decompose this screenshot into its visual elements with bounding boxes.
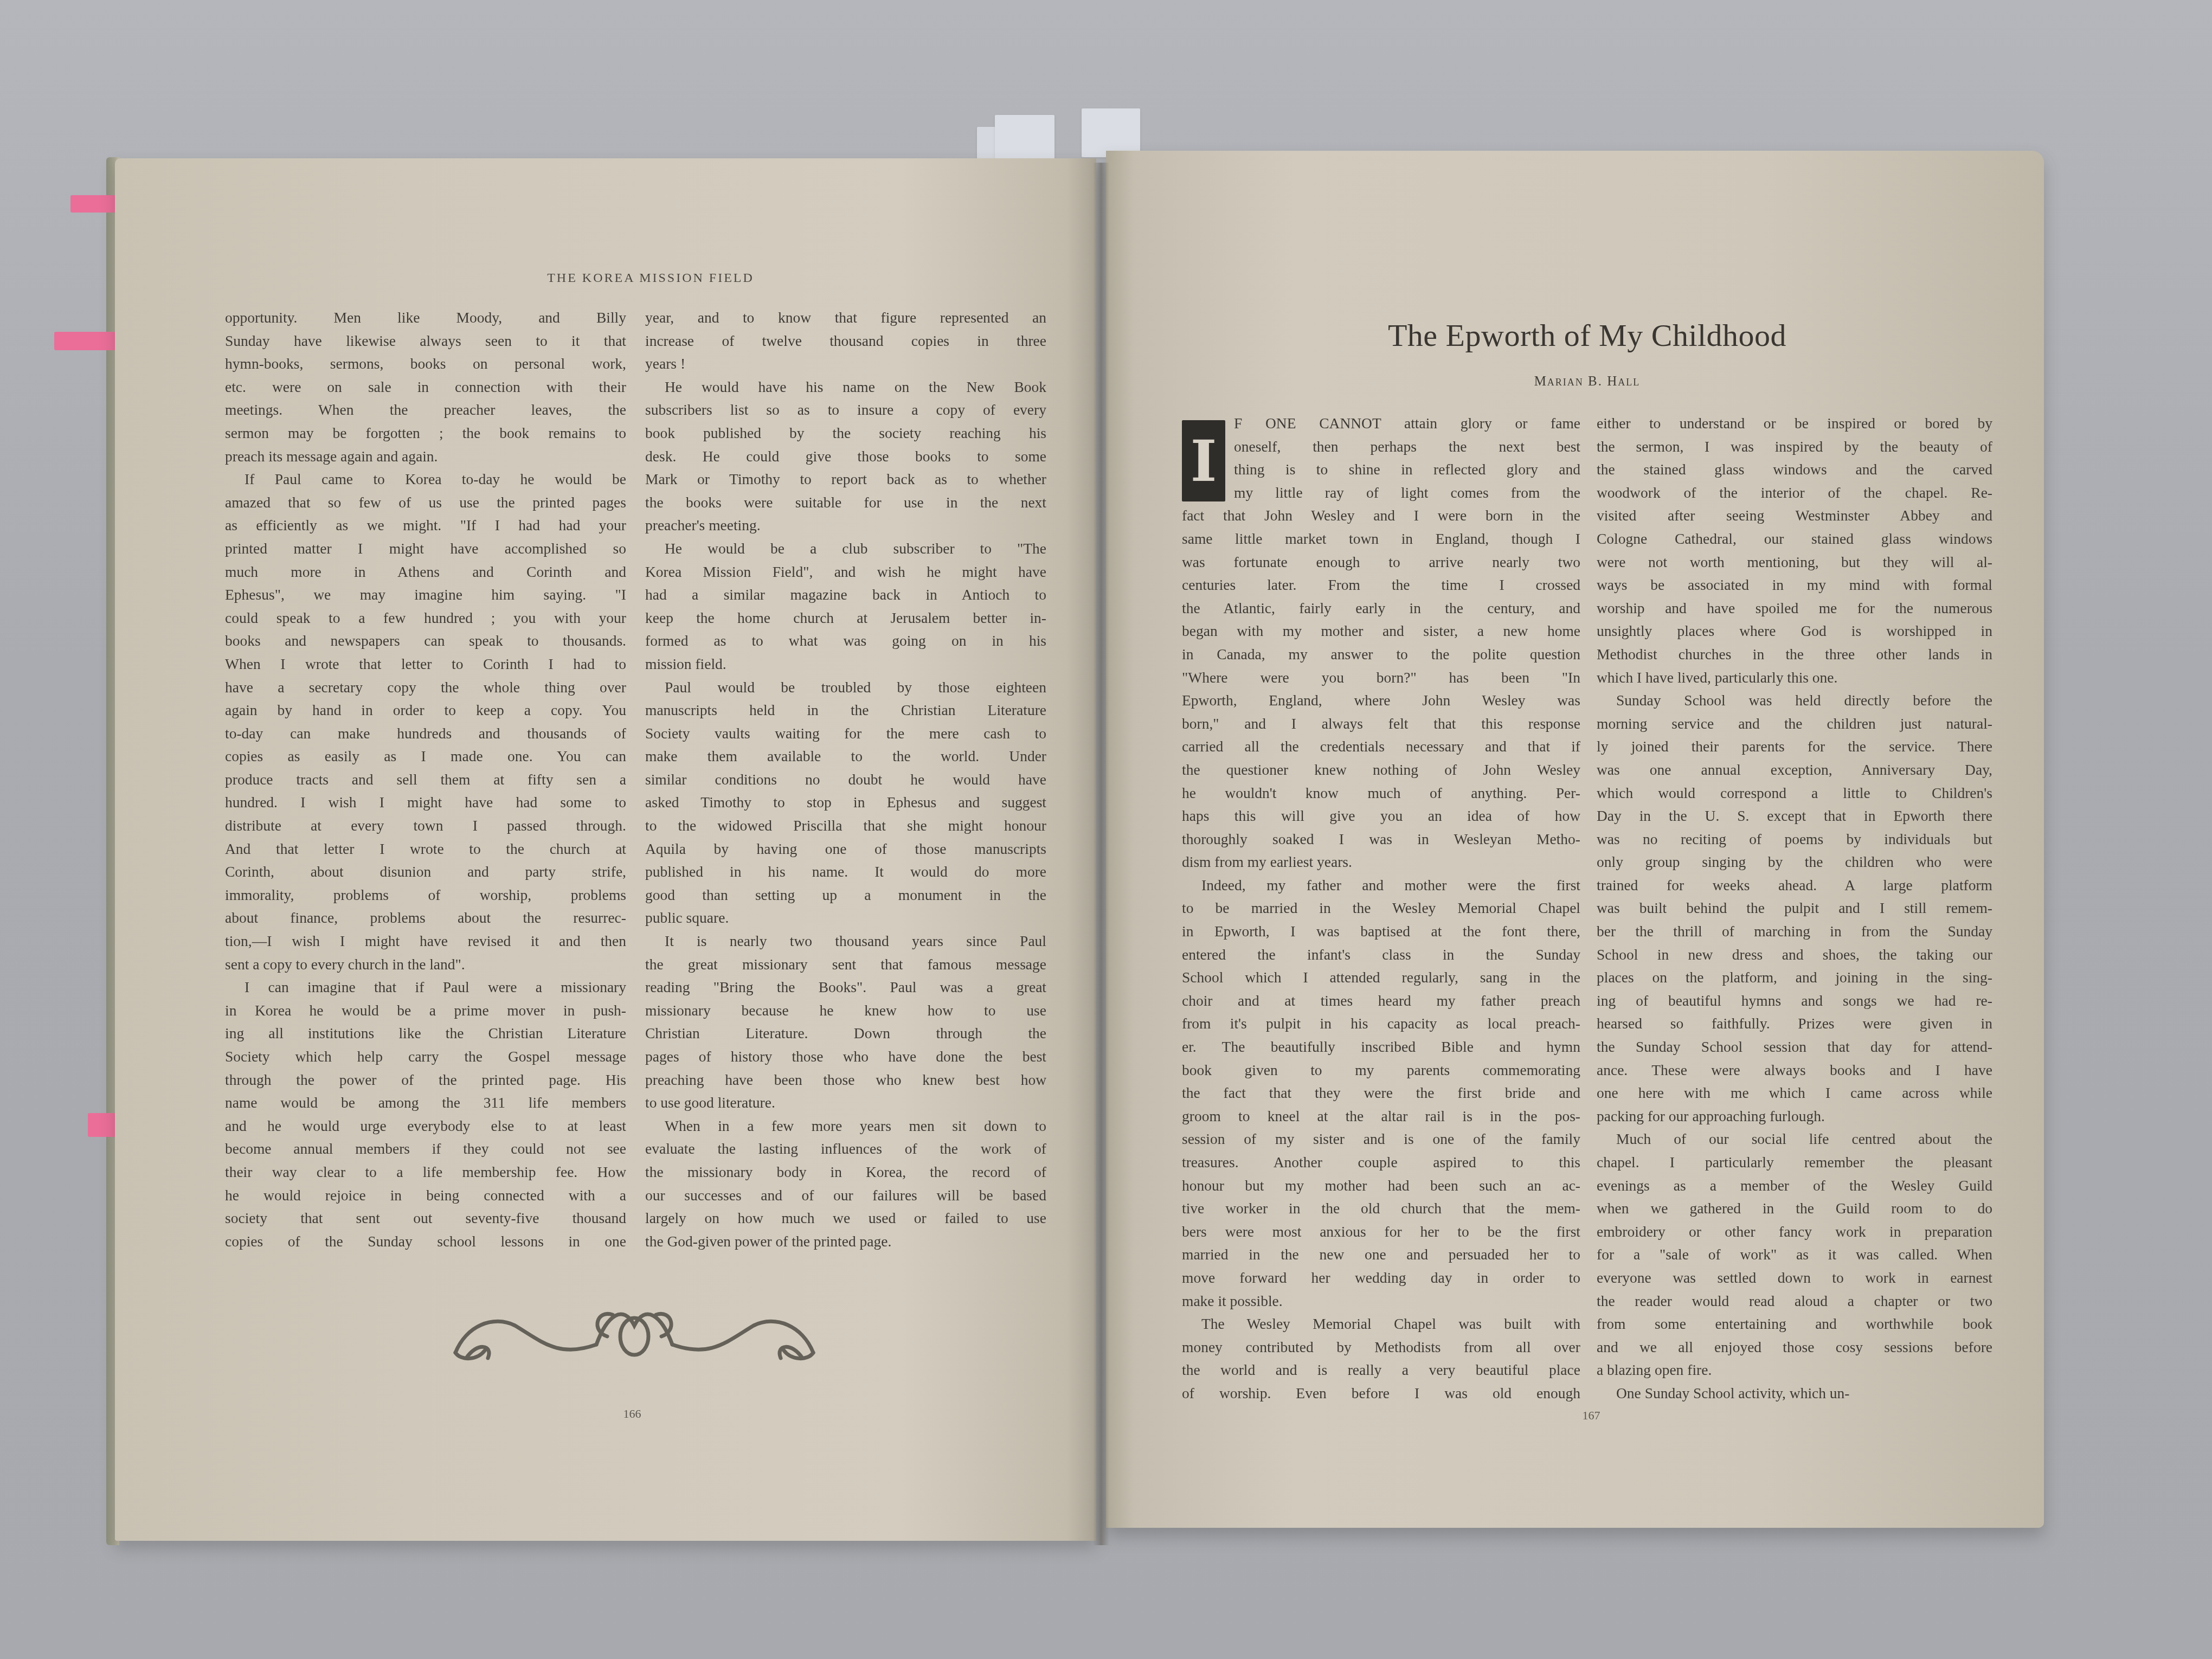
- paper-flag: [1082, 108, 1140, 157]
- text-line: the stained glass windows and the carved: [1597, 458, 1992, 481]
- text-line: was no reciting of poems by individuals …: [1597, 828, 1992, 851]
- text-line: amazed that so few of us use the printed…: [225, 491, 626, 515]
- text-line: one here with me which I came across whi…: [1597, 1082, 1992, 1105]
- text-line: If Paul came to Korea to-day he would be: [225, 468, 626, 491]
- text-line: I can imagine that if Paul were a missio…: [225, 976, 626, 999]
- text-line: good than setting up a monument in the: [645, 884, 1046, 907]
- text-line: published in his name. It would do more: [645, 860, 1046, 884]
- text-line: Sunday have likewise always seen to it t…: [225, 330, 626, 353]
- text-line: ance. These were always books and I have: [1597, 1059, 1992, 1082]
- pink-page-tab[interactable]: [70, 195, 116, 213]
- text-line: He would have his name on the New Book: [645, 376, 1046, 399]
- text-line: sent a copy to every church in the land"…: [225, 953, 626, 976]
- text-line: was fortunate enough to arrive nearly tw…: [1182, 551, 1580, 574]
- text-line: had a similar magazine back in Antioch t…: [645, 583, 1046, 607]
- text-line: Indeed, my father and mother were the fi…: [1182, 874, 1580, 897]
- text-line: for a "sale of work" as it was called. W…: [1597, 1243, 1992, 1266]
- text-line: thoroughly soaked I was in Wesleyan Meth…: [1182, 828, 1580, 851]
- text-line: morning service and the children just na…: [1597, 712, 1992, 736]
- paper-flag: [995, 115, 1054, 161]
- text-line: woodwork of the interior of the chapel. …: [1597, 481, 1992, 505]
- text-line: opportunity. Men like Moody, and Billy: [225, 306, 626, 330]
- text-line: ing of beautiful hymns and songs we had …: [1597, 989, 1992, 1013]
- text-line: in Epworth, I was baptised at the font t…: [1182, 920, 1580, 943]
- text-line: evenings as a member of the Wesley Guild: [1597, 1174, 1992, 1198]
- text-line: he would rejoice in being connected with…: [225, 1184, 626, 1207]
- text-line: born," and I always felt that this respo…: [1182, 712, 1580, 736]
- ribbon-bow-ornament-icon: [434, 1293, 835, 1374]
- text-line: to-day can make hundreds and thousands o…: [225, 722, 626, 745]
- text-line: move forward her wedding day in order to: [1182, 1266, 1580, 1290]
- text-line: thing is to shine in reflected glory and: [1182, 458, 1580, 481]
- text-line: Society vaults waiting for the mere cash…: [645, 722, 1046, 745]
- text-line: copies as easily as I made one. You can: [225, 745, 626, 768]
- text-line: when we gathered in the Guild room to do: [1597, 1197, 1992, 1220]
- text-line: tive worker in the old church that the m…: [1182, 1197, 1580, 1220]
- text-line: book published by the society reaching h…: [645, 422, 1046, 445]
- text-line: reading "Bring the Books". Paul was a gr…: [645, 976, 1046, 999]
- text-line: One Sunday School activity, which un-: [1597, 1382, 1992, 1405]
- text-line: to use good literature.: [645, 1091, 1046, 1115]
- text-line: "Where were you born?" has been "In: [1182, 666, 1580, 690]
- text-line: money contributed by Methodists from all…: [1182, 1336, 1580, 1359]
- author-byline: Marian B. Hall: [1182, 374, 1992, 389]
- text-line: as efficiently as we might. "If I had ha…: [225, 514, 626, 537]
- text-line: packing for our approaching furlough.: [1597, 1105, 1992, 1128]
- text-line: through the power of the printed page. H…: [225, 1069, 626, 1092]
- text-line: the Atlantic, fairly early in the centur…: [1182, 597, 1580, 620]
- text-line: began with my mother and sister, a new h…: [1182, 620, 1580, 643]
- text-line: printed matter I might have accomplished…: [225, 537, 626, 561]
- left-page-column-1: opportunity. Men like Moody, and BillySu…: [225, 306, 626, 1253]
- spine-gutter: [1093, 163, 1109, 1545]
- left-page-column-2: year, and to know that figure represente…: [645, 306, 1046, 1253]
- page-number: 167: [1570, 1409, 1613, 1423]
- text-line: similar conditions no doubt he would hav…: [645, 768, 1046, 792]
- text-line: keep the home church at Jerusalem better…: [645, 607, 1046, 630]
- text-line: married in the new one and persuaded her…: [1182, 1243, 1580, 1266]
- text-line: hundred. I wish I might have had some to: [225, 791, 626, 814]
- pink-page-tab[interactable]: [54, 332, 117, 350]
- text-line: a blazing open fire.: [1597, 1359, 1992, 1382]
- text-line: books and newspapers can speak to thousa…: [225, 629, 626, 653]
- text-line: make it possible.: [1182, 1290, 1580, 1313]
- text-line: the world and is really a very beautiful…: [1182, 1359, 1580, 1382]
- text-line: carried all the credentials necessary an…: [1182, 735, 1580, 758]
- text-line: treasures. Another couple aspired to thi…: [1182, 1151, 1580, 1174]
- text-line: society that sent out seventy-five thous…: [225, 1207, 626, 1230]
- text-line: manuscripts held in the Christian Litera…: [645, 699, 1046, 722]
- text-line: in Canada, my answer to the polite quest…: [1182, 643, 1580, 666]
- text-line: years !: [645, 352, 1046, 376]
- text-line: Cologne Cathedral, our stained glass win…: [1597, 528, 1992, 551]
- text-line: er. The beautifully inscribed Bible and …: [1182, 1036, 1580, 1059]
- text-line: desk. He could give those books to some: [645, 445, 1046, 468]
- text-line: distribute at every town I passed throug…: [225, 814, 626, 838]
- text-line: the reader would read aloud a chapter or…: [1597, 1290, 1992, 1313]
- text-line: Korea Mission Field", and wish he might …: [645, 561, 1046, 584]
- text-line: about finance, problems about the resurr…: [225, 906, 626, 930]
- text-line: was one annual exception, Anniversary Da…: [1597, 758, 1992, 782]
- text-line: the God-given power of the printed page.: [645, 1230, 1046, 1253]
- text-line: Paul would be troubled by those eighteen: [645, 676, 1046, 699]
- text-line: have a secretary copy the whole thing ov…: [225, 676, 626, 699]
- text-line: could speak to a few hundred ; you with …: [225, 607, 626, 630]
- text-line: the sermon, I was inspired by the beauty…: [1597, 435, 1992, 459]
- text-line: public square.: [645, 906, 1046, 930]
- text-line: It is nearly two thousand years since Pa…: [645, 930, 1046, 953]
- text-line: etc. were on sale in connection with the…: [225, 376, 626, 399]
- text-line: Corinth, about disunion and party strife…: [225, 860, 626, 884]
- text-line: mission field.: [645, 653, 1046, 676]
- text-line: make them available to the world. Under: [645, 745, 1046, 768]
- text-line: of worship. Even before I was old enough: [1182, 1382, 1580, 1405]
- right-page-column-1: F ONE CANNOT attain glory or fameoneself…: [1182, 412, 1580, 1405]
- text-line: worship and have spoiled me for the nume…: [1597, 597, 1992, 620]
- text-line: ways be associated in my mind with forma…: [1597, 574, 1992, 597]
- text-line: subscribers list so as to insure a copy …: [645, 398, 1046, 422]
- text-line: hearsed so faithfully. Prizes were given…: [1597, 1012, 1992, 1036]
- text-line: immorality, problems of worship, problem…: [225, 884, 626, 907]
- text-line: to the widowed Priscilla that she might …: [645, 814, 1046, 838]
- text-line: same little market town in England, thou…: [1182, 528, 1580, 551]
- text-line: meetings. When the preacher leaves, the: [225, 398, 626, 422]
- text-line: Day in the U. S. except that in Epworth …: [1597, 805, 1992, 828]
- text-line: largely on how much we used or failed to…: [645, 1207, 1046, 1230]
- text-line: groom to kneel at the altar rail is in t…: [1182, 1105, 1580, 1128]
- text-line: unsightly places where God is worshipped…: [1597, 620, 1992, 643]
- text-line: the great missionary sent that famous me…: [645, 953, 1046, 976]
- text-line: trained for weeks ahead. A large platfor…: [1597, 874, 1992, 897]
- text-line: in Korea he would be a prime mover in pu…: [225, 999, 626, 1023]
- text-line: the questioner knew nothing of John Wesl…: [1182, 758, 1580, 782]
- text-line: pages of history those who have done the…: [645, 1045, 1046, 1069]
- text-line: chapel. I particularly remember the plea…: [1597, 1151, 1992, 1174]
- text-line: bers were most anxious for her to be the…: [1182, 1220, 1580, 1244]
- text-line: from it's pulpit in his capacity as loca…: [1182, 1012, 1580, 1036]
- text-line: When I wrote that letter to Corinth I ha…: [225, 653, 626, 676]
- text-line: dism from my earliest years.: [1182, 851, 1580, 874]
- text-line: copies of the Sunday school lessons in o…: [225, 1230, 626, 1253]
- text-line: everyone was settled down to work in ear…: [1597, 1266, 1992, 1290]
- text-line: the books were suitable for use in the n…: [645, 491, 1046, 515]
- text-line: places on the platform, and joining in t…: [1597, 966, 1992, 989]
- text-line: our successes and of our failures will b…: [645, 1184, 1046, 1207]
- text-line: entered the infant's class in the Sunday: [1182, 943, 1580, 967]
- text-line: ly joined their parents for the service.…: [1597, 735, 1992, 758]
- text-line: from some entertaining and worthwhile bo…: [1597, 1313, 1992, 1336]
- text-line: hymn-books, sermons, books on personal w…: [225, 352, 626, 376]
- text-line: The Wesley Memorial Chapel was built wit…: [1182, 1313, 1580, 1336]
- text-line: preaching have been those who knew best …: [645, 1069, 1046, 1092]
- text-line: the fact that they were the first bride …: [1182, 1082, 1580, 1105]
- text-line: haps this will give you an idea of how: [1182, 805, 1580, 828]
- text-line: preacher's meeting.: [645, 514, 1046, 537]
- text-line: choir and at times heard my father preac…: [1182, 989, 1580, 1013]
- text-line: session of my sister and is one of the f…: [1182, 1128, 1580, 1151]
- text-line: When in a few more years men sit down to: [645, 1115, 1046, 1138]
- text-line: increase of twelve thousand copies in th…: [645, 330, 1046, 353]
- text-line: preach its message again and again.: [225, 445, 626, 468]
- text-line: Ephesus", we may imagine him saying. "I: [225, 583, 626, 607]
- text-line: missionary because he knew how to use: [645, 999, 1046, 1023]
- page-number: 166: [610, 1407, 654, 1421]
- text-line: book given to my parents commemorating: [1182, 1059, 1580, 1082]
- running-head: THE KOREA MISSION FIELD: [477, 271, 824, 286]
- text-line: much more in Athens and Corinth and: [225, 561, 626, 584]
- text-line: fact that John Wesley and I were born in…: [1182, 504, 1580, 528]
- text-line: Methodist churches in the three other la…: [1597, 643, 1992, 666]
- text-line: Much of our social life centred about th…: [1597, 1128, 1992, 1151]
- pink-page-tab[interactable]: [88, 1113, 117, 1137]
- text-line: F ONE CANNOT attain glory or fame: [1182, 412, 1580, 435]
- text-line: Society which help carry the Gospel mess…: [225, 1045, 626, 1069]
- text-line: and we all enjoyed those cosy sessions b…: [1597, 1336, 1992, 1359]
- text-line: again by hand in order to keep a copy. Y…: [225, 699, 626, 722]
- text-line: centuries later. From the time I crossed: [1182, 574, 1580, 597]
- text-line: Aquila by having one of those manuscript…: [645, 838, 1046, 861]
- text-line: name would be among the 311 life members: [225, 1091, 626, 1115]
- text-line: were not worth mentioning, but they will…: [1597, 551, 1992, 574]
- text-line: asked Timothy to stop in Ephesus and sug…: [645, 791, 1046, 814]
- drop-cap-lines: F ONE CANNOT attain glory or fameoneself…: [1182, 412, 1580, 504]
- text-line: Christian Literature. Down through the: [645, 1022, 1046, 1045]
- right-page-column-2: either to understand or be inspired or b…: [1597, 412, 1992, 1405]
- text-line: embroidery or other fancy work in prepar…: [1597, 1220, 1992, 1244]
- text-line: become annual members if they could not …: [225, 1137, 626, 1161]
- text-line: honour but my mother had been such an ac…: [1182, 1174, 1580, 1198]
- text-line: He would be a club subscriber to "The: [645, 537, 1046, 561]
- text-line: the Sunday School session that day for a…: [1597, 1036, 1992, 1059]
- text-line: sermon may be forgotten ; the book remai…: [225, 422, 626, 445]
- text-line: their way clear to a life membership fee…: [225, 1161, 626, 1184]
- text-line: Epworth, England, where John Wesley was: [1182, 689, 1580, 712]
- text-line: visited after seeing Westminster Abbey a…: [1597, 504, 1992, 528]
- article-title: The Epworth of My Childhood: [1182, 317, 1992, 353]
- open-magazine: THE KOREA MISSION FIELD opportunity. Men…: [0, 0, 2212, 1659]
- text-line: to be married in the Wesley Memorial Cha…: [1182, 897, 1580, 920]
- text-line: ing all institutions like the Christian …: [225, 1022, 626, 1045]
- text-line: which would correspond a little to Child…: [1597, 782, 1992, 805]
- text-line: my little ray of light comes from the: [1182, 481, 1580, 505]
- text-line: And that letter I wrote to the church at: [225, 838, 626, 861]
- column-body: fact that John Wesley and I were born in…: [1182, 504, 1580, 1405]
- text-line: formed as to what was going on in his: [645, 629, 1046, 653]
- text-line: either to understand or be inspired or b…: [1597, 412, 1992, 435]
- text-line: School which I attended regularly, sang …: [1182, 966, 1580, 989]
- text-line: ber the thrill of marching in from the S…: [1597, 920, 1992, 943]
- text-line: produce tracts and sell them at fifty se…: [225, 768, 626, 792]
- text-line: the missionary body in Korea, the record…: [645, 1161, 1046, 1184]
- text-line: and he would urge everybody else to at l…: [225, 1115, 626, 1138]
- text-line: he wouldn't know much of anything. Per-: [1182, 782, 1580, 805]
- text-line: evaluate the lasting influences of the w…: [645, 1137, 1046, 1161]
- text-line: oneself, then perhaps the next best: [1182, 435, 1580, 459]
- text-line: Sunday School was held directly before t…: [1597, 689, 1992, 712]
- text-line: was built behind the pulpit and I still …: [1597, 897, 1992, 920]
- text-line: School in new dress and shoes, the takin…: [1597, 943, 1992, 967]
- text-line: year, and to know that figure represente…: [645, 306, 1046, 330]
- text-line: Mark or Timothy to report back as to whe…: [645, 468, 1046, 491]
- text-line: tion,—I wish I might have revised it and…: [225, 930, 626, 953]
- text-line: only group singing by the children who w…: [1597, 851, 1992, 874]
- text-line: which I have lived, particularly this on…: [1597, 666, 1992, 690]
